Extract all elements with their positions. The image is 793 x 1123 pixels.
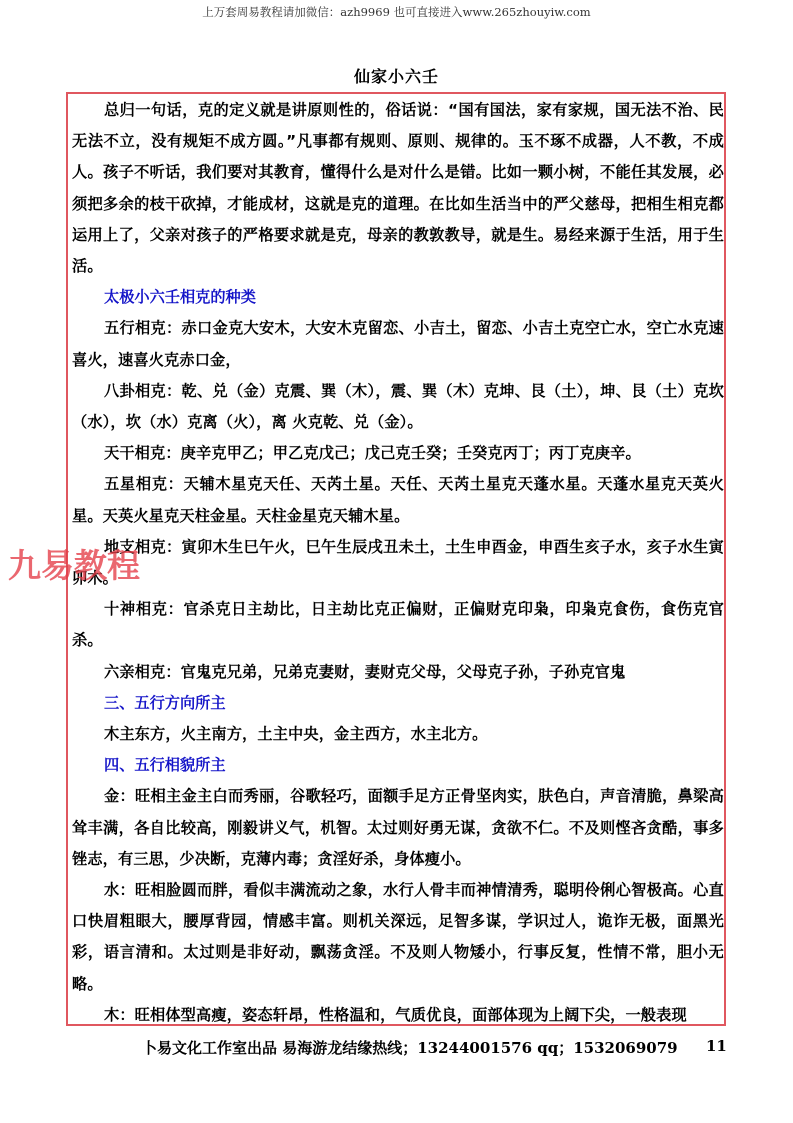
paragraph: 五行相克：赤口金克大安木，大安木克留恋、小吉土，留恋、小吉土克空亡水，空亡水克速… [72, 313, 724, 375]
paragraph: 水：旺相脸圆而胖，看似丰满流动之象，水行人骨丰而神情清秀，聪明伶俐心智极高。心直… [72, 875, 724, 1000]
paragraph: 地支相克：寅卯木生巳午火，巳午生辰戌丑未土，土生申酉金，申酉生亥子水，亥子水生寅… [72, 532, 724, 594]
paragraph: 六亲相克：官鬼克兄弟，兄弟克妻财，妻财克父母，父母克子孙，子孙克官鬼 [72, 657, 724, 688]
header-note: 上万套周易教程请加微信：azh9969 也可直接进入www.265zhouyiw… [0, 4, 793, 20]
section-heading: 四、五行相貌所主 [72, 750, 724, 781]
paragraph: 十神相克：官杀克日主劫比，日主劫比克正偏财，正偏财克印枭，印枭克食伤，食伤克官杀… [72, 594, 724, 656]
page-number: 11 [706, 1037, 727, 1055]
paragraph: 八卦相克：乾、兑（金）克震、巽（木），震、巽（木）克坤、艮（土），坤、艮（土）克… [72, 376, 724, 438]
document-title: 仙家小六壬 [0, 64, 793, 87]
section-heading: 三、五行方向所主 [72, 688, 724, 719]
paragraph: 总归一句话，克的定义就是讲原则性的，俗话说：“国有国法，家有家规，国无法不治、民… [72, 95, 724, 282]
watermark-logo: 九易教程 [8, 540, 140, 587]
paragraph: 金：旺相主金主白而秀丽，谷歌轻巧，面额手足方正骨坚肉实，肤色白，声音清脆，鼻梁高… [72, 781, 724, 875]
footer-text: 卜易文化工作室出品 易海游龙结缘热线；13244001576 qq；153206… [142, 1037, 678, 1058]
section-heading: 太极小六壬相克的种类 [72, 282, 724, 313]
paragraph: 木主东方，火主南方，土主中央，金主西方，水主北方。 [72, 719, 724, 750]
paragraph: 五星相克：天辅木星克天任、天芮土星。天任、天芮土星克天蓬水星。天蓬水星克天英火星… [72, 469, 724, 531]
paragraph: 木：旺相体型高瘦，姿态轩昂，性格温和，气质优良，面部体现为上阔下尖，一般表现 [72, 1000, 724, 1031]
paragraph: 天干相克：庚辛克甲乙；甲乙克戊己；戊己克壬癸；壬癸克丙丁；丙丁克庚辛。 [72, 438, 724, 469]
document-body: 总归一句话，克的定义就是讲原则性的，俗话说：“国有国法，家有家规，国无法不治、民… [72, 95, 724, 1031]
